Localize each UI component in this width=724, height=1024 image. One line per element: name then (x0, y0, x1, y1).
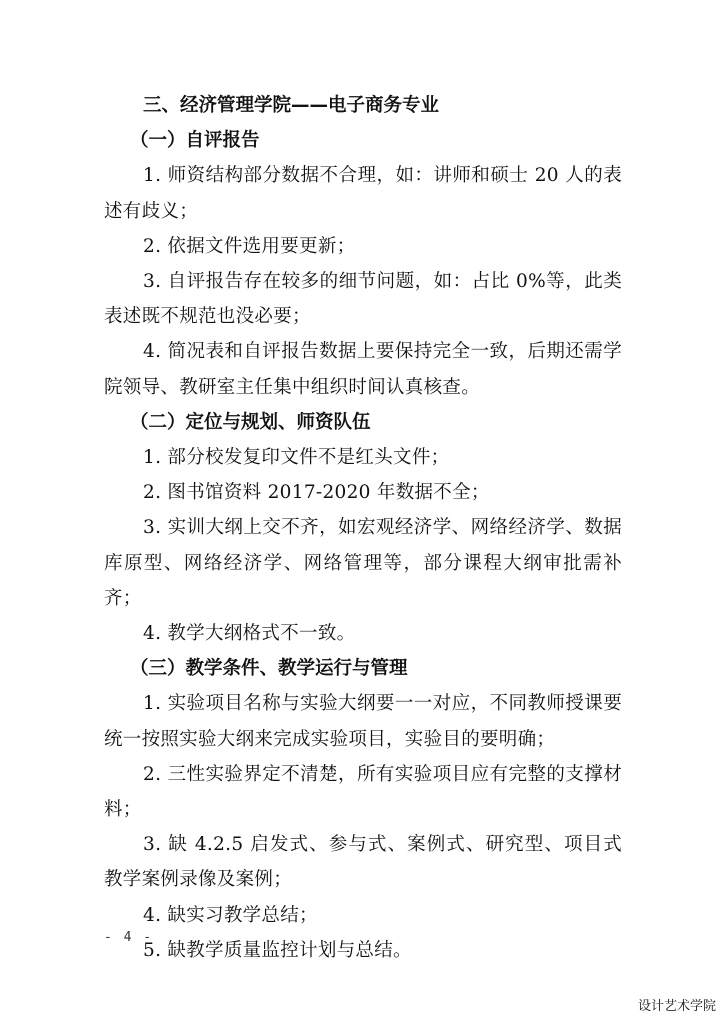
list-item: 4. 简况表和自评报告数据上要保持完全一致，后期还需学院领导、教研室主任集中组织… (104, 334, 622, 404)
watermark: 设计艺术学院 (638, 995, 716, 1014)
section-heading-2: （二）定位与规划、师资队伍 (104, 405, 622, 440)
list-item: 3. 实训大纲上交不齐，如宏观经济学、网络经济学、数据库原型、网络经济学、网络管… (104, 510, 622, 616)
document-title: 三、经济管理学院——电子商务专业 (104, 88, 622, 123)
list-item: 1. 部分校发复印文件不是红头文件； (104, 440, 622, 475)
list-item: 4. 教学大纲格式不一致。 (104, 616, 622, 651)
section-heading-1: （一）自评报告 (104, 123, 622, 158)
list-item: 5. 缺教学质量监控计划与总结。 (104, 933, 622, 968)
document-page: 三、经济管理学院——电子商务专业 （一）自评报告 1. 师资结构部分数据不合理，… (104, 88, 622, 968)
list-item: 2. 三性实验界定不清楚，所有实验项目应有完整的支撑材料； (104, 757, 622, 827)
list-item: 4. 缺实习教学总结； (104, 898, 622, 933)
list-item: 2. 依据文件选用要更新； (104, 229, 622, 264)
list-item: 1. 师资结构部分数据不合理，如：讲师和硕士 20 人的表述有歧义； (104, 158, 622, 228)
page-number: - 4 - (104, 930, 153, 945)
list-item: 2. 图书馆资料 2017-2020 年数据不全； (104, 475, 622, 510)
list-item: 3. 自评报告存在较多的细节问题，如：占比 0%等，此类表述既不规范也没必要； (104, 264, 622, 334)
list-item: 3. 缺 4.2.5 启发式、参与式、案例式、研究型、项目式教学案例录像及案例； (104, 827, 622, 897)
section-heading-3: （三）教学条件、教学运行与管理 (104, 651, 622, 686)
list-item: 1. 实验项目名称与实验大纲要一一对应，不同教师授课要统一按照实验大纲来完成实验… (104, 686, 622, 756)
